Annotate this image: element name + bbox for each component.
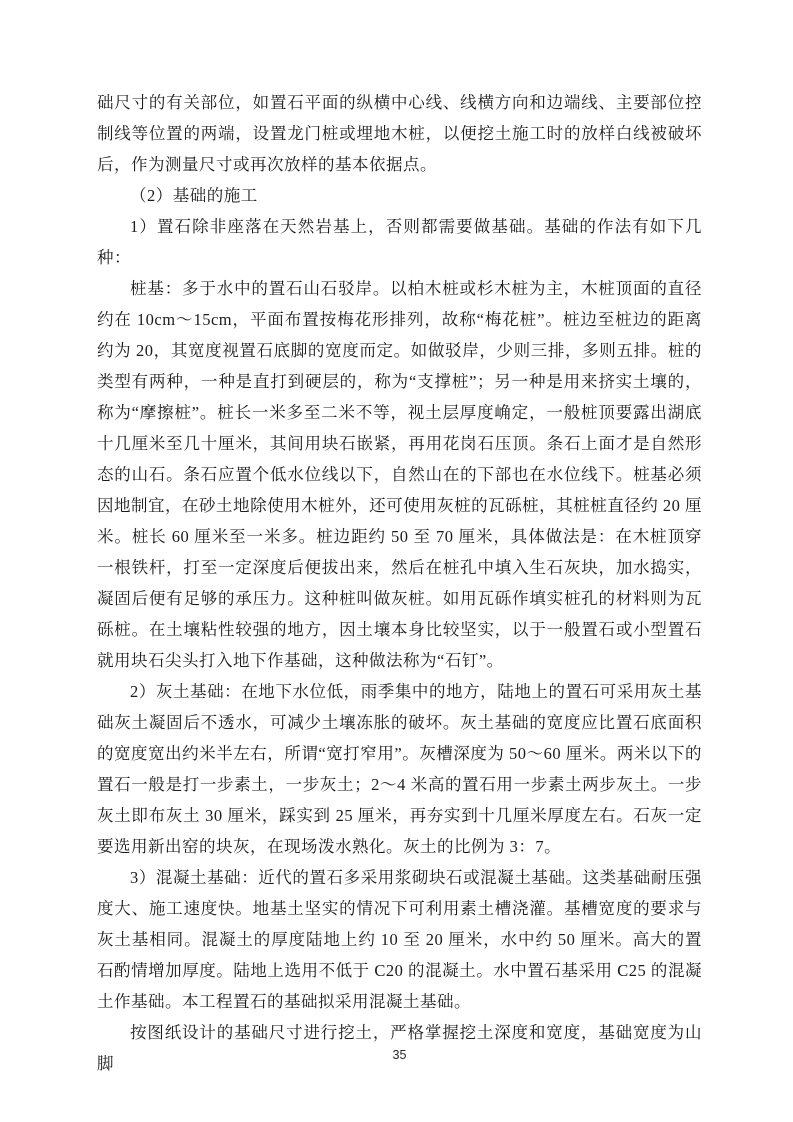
paragraph-continuation: 础尺寸的有关部位，如置石平面的纵横中心线、线横方向和边端线、主要部位控制线等位置… [97,87,702,180]
text-block: 础尺寸的有关部位，如置石平面的纵横中心线、线横方向和边端线、主要部位控制线等位置… [97,87,702,1079]
section-heading-foundation-construction: （2）基础的施工 [97,180,702,211]
paragraph-lime-soil-foundation: 2）灰土基础：在地下水位低，雨季集中的地方，陆地上的置石可采用灰土基础灰土凝固后… [97,676,702,862]
paragraph-foundation-intro: 1）置石除非座落在天然岩基上，否则都需要做基础。基础的作法有如下几种： [97,211,702,273]
paragraph-pile-foundation: 桩基：多于水中的置石山石驳岸。以柏木桩或杉木桩为主，木桩顶面的直径约在 10cm… [97,273,702,676]
page-number: 35 [97,1048,702,1062]
document-page: 础尺寸的有关部位，如置石平面的纵横中心线、线横方向和边端线、主要部位控制线等位置… [0,0,793,1122]
paragraph-concrete-foundation: 3）混凝土基础：近代的置石多采用浆砌块石或混凝土基础。这类基础耐压强度大、施工速… [97,862,702,1017]
